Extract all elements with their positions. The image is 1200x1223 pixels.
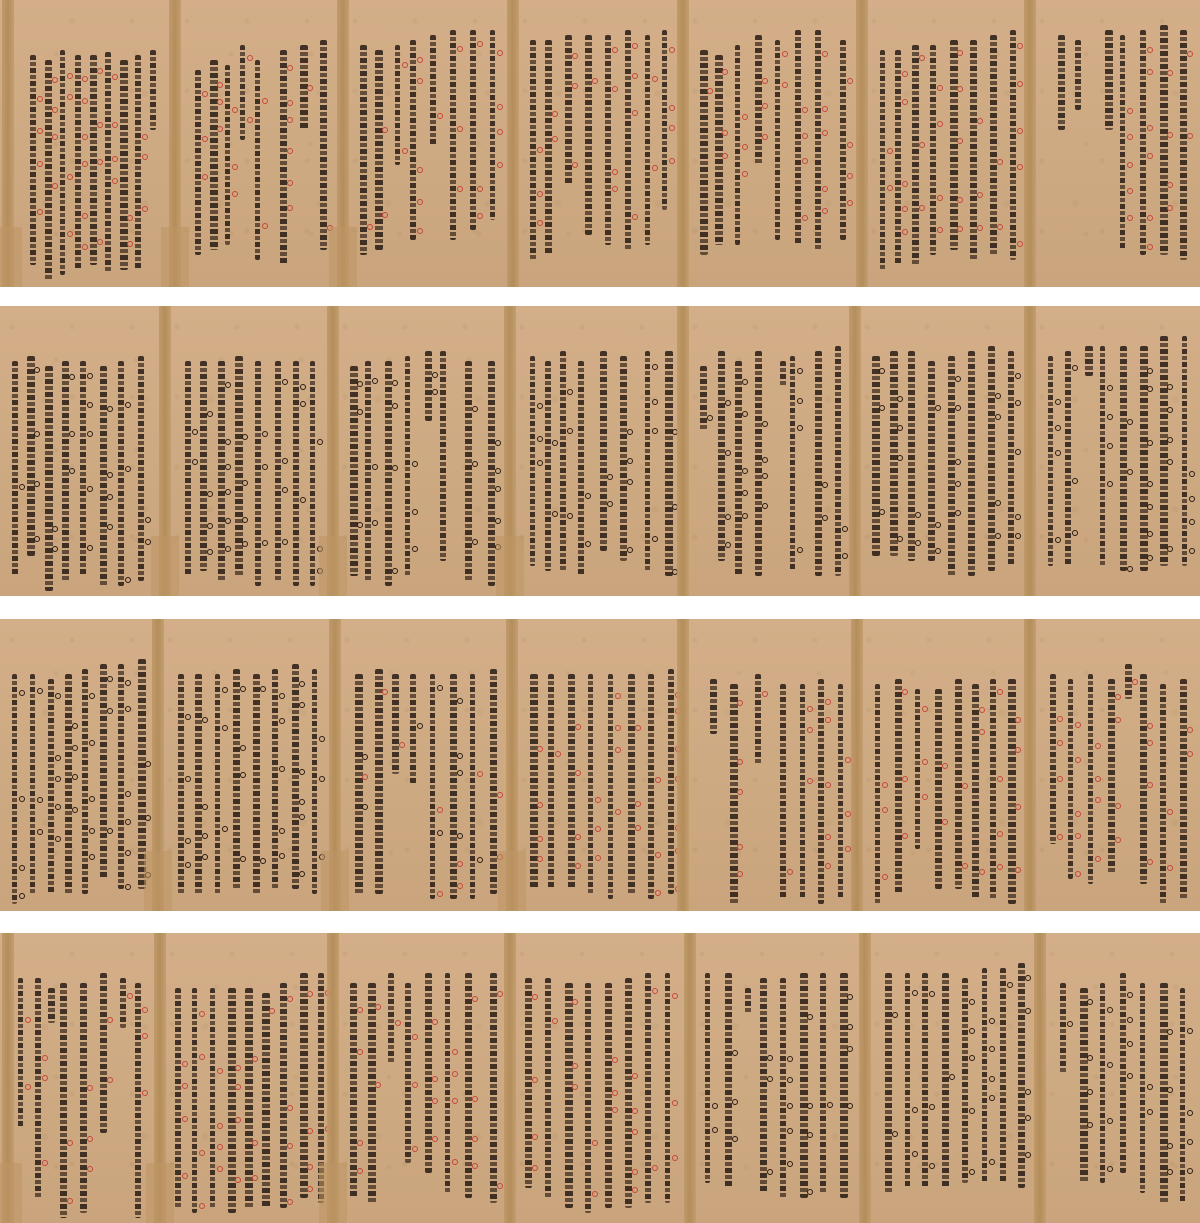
ink-circle-annotation: [87, 402, 93, 408]
red-circle-annotation: [737, 759, 743, 765]
calligraphy-column: [490, 30, 495, 220]
calligraphy-column: [233, 669, 240, 889]
calligraphy-column: [1068, 679, 1073, 879]
red-circle-annotation: [762, 103, 768, 109]
ink-circle-annotation: [282, 379, 288, 385]
ink-circle-annotation: [202, 804, 208, 810]
calligraphy-column: [565, 983, 573, 1208]
calligraphy-column: [60, 983, 67, 1218]
calligraphy-column: [548, 674, 554, 889]
ink-circle-annotation: [652, 399, 658, 405]
ink-circle-annotation: [19, 865, 25, 871]
red-circle-annotation: [555, 751, 561, 757]
ink-circle-annotation: [742, 379, 748, 385]
ink-circle-annotation: [87, 431, 93, 437]
ink-circle-annotation: [1107, 385, 1113, 391]
ink-circle-annotation: [1087, 1055, 1093, 1061]
red-circle-annotation: [669, 105, 675, 111]
red-circle-annotation: [232, 164, 238, 170]
red-circle-annotation: [1187, 751, 1193, 757]
calligraphy-column: [1160, 336, 1168, 566]
red-circle-annotation: [307, 1164, 313, 1170]
calligraphy-column: [645, 973, 651, 1203]
red-circle-annotation: [1147, 723, 1153, 729]
red-circle-annotation: [497, 129, 503, 135]
calligraphy-column: [840, 40, 846, 240]
calligraphy-column: [1065, 351, 1071, 566]
ink-circle-annotation: [225, 439, 231, 445]
red-circle-annotation: [1167, 865, 1173, 871]
red-circle-annotation: [1167, 809, 1173, 815]
ink-circle-annotation: [1147, 555, 1153, 561]
red-circle-annotation: [592, 1140, 598, 1146]
calligraphy-column: [388, 973, 394, 1063]
calligraphy-column: [605, 35, 611, 245]
calligraphy-column: [735, 45, 740, 245]
red-circle-annotation: [669, 47, 675, 53]
ink-circle-annotation: [955, 510, 961, 516]
calligraphy-column: [75, 55, 81, 270]
ink-circle-annotation: [107, 828, 113, 834]
red-circle-annotation: [1057, 716, 1063, 722]
red-circle-annotation: [82, 244, 88, 250]
red-circle-annotation: [1095, 743, 1101, 749]
red-circle-annotation: [537, 746, 543, 752]
red-circle-annotation: [887, 185, 893, 191]
calligraphy-column: [875, 684, 880, 904]
calligraphy-column: [1140, 346, 1148, 571]
red-circle-annotation: [432, 1019, 438, 1025]
calligraphy-column: [648, 674, 654, 899]
ink-circle-annotation: [87, 373, 93, 379]
ink-circle-annotation: [260, 686, 266, 692]
red-circle-annotation: [977, 192, 983, 198]
ink-circle-annotation: [242, 541, 248, 547]
red-circle-annotation: [432, 1076, 438, 1082]
calligraphy-column: [1180, 679, 1187, 899]
calligraphy-column: [425, 973, 432, 1173]
calligraphy-column: [280, 983, 287, 1208]
calligraphy-column: [525, 978, 532, 1188]
calligraphy-column: [968, 351, 975, 576]
calligraphy-column: [755, 351, 762, 576]
calligraphy-column: [48, 679, 54, 894]
calligraphy-column: [120, 60, 128, 270]
red-circle-annotation: [235, 1117, 241, 1123]
ink-circle-annotation: [1189, 496, 1195, 502]
ink-circle-annotation: [300, 497, 306, 503]
ink-circle-annotation: [742, 411, 748, 417]
calligraphy-column: [780, 684, 786, 899]
repair-patch: [498, 851, 526, 911]
red-circle-annotation: [217, 1144, 223, 1150]
red-circle-annotation: [52, 134, 58, 140]
red-circle-annotation: [97, 122, 103, 128]
calligraphy-column: [62, 361, 69, 581]
ink-circle-annotation: [262, 540, 268, 546]
ink-circle-annotation: [242, 480, 248, 486]
ink-circle-annotation: [1187, 1139, 1193, 1145]
calligraphy-column: [48, 988, 55, 1023]
red-circle-annotation: [127, 993, 133, 999]
calligraphy-column: [1080, 988, 1088, 1183]
red-circle-annotation: [537, 856, 543, 862]
red-circle-annotation: [1115, 803, 1121, 809]
ink-circle-annotation: [567, 428, 573, 434]
calligraphy-column: [30, 55, 36, 265]
ink-circle-annotation: [202, 833, 208, 839]
red-circle-annotation: [142, 1007, 148, 1013]
red-circle-annotation: [217, 82, 223, 88]
ink-circle-annotation: [1107, 1166, 1113, 1172]
calligraphy-column: [668, 669, 674, 894]
calligraphy-column: [745, 988, 751, 1013]
calligraphy-column: [1060, 983, 1066, 1073]
red-circle-annotation: [942, 819, 948, 825]
red-circle-annotation: [922, 706, 928, 712]
ink-circle-annotation: [69, 468, 75, 474]
ink-circle-annotation: [652, 364, 658, 370]
ink-circle-annotation: [1189, 519, 1195, 525]
ink-circle-annotation: [995, 533, 1001, 539]
ink-circle-annotation: [372, 378, 378, 384]
ink-circle-annotation: [457, 833, 463, 839]
ink-circle-annotation: [787, 1056, 793, 1062]
repair-patch: [321, 851, 349, 911]
calligraphy-column: [1100, 346, 1105, 566]
calligraphy-column: [908, 351, 915, 561]
red-circle-annotation: [375, 1082, 381, 1088]
calligraphy-column: [192, 988, 197, 1213]
calligraphy-column: [948, 356, 955, 576]
red-circle-annotation: [762, 691, 768, 697]
calligraphy-column: [1000, 968, 1006, 1183]
ink-circle-annotation: [412, 461, 418, 467]
calligraphy-column: [990, 679, 996, 899]
ink-circle-annotation: [995, 414, 1001, 420]
ink-circle-annotation: [915, 512, 921, 518]
repair-patch: [496, 536, 524, 596]
ink-circle-annotation: [437, 830, 443, 836]
calligraphy-column: [1008, 351, 1014, 566]
red-circle-annotation: [807, 706, 813, 712]
red-circle-annotation: [472, 1096, 478, 1102]
ink-circle-annotation: [732, 1099, 738, 1105]
calligraphy-column: [262, 993, 270, 1208]
ink-circle-annotation: [787, 1103, 793, 1109]
repair-patch: [151, 536, 179, 596]
ink-circle-annotation: [707, 415, 713, 421]
red-circle-annotation: [142, 154, 148, 160]
ink-circle-annotation: [1015, 449, 1021, 455]
calligraphy-column: [725, 973, 732, 1188]
calligraphy-column: [312, 669, 317, 894]
ink-circle-annotation: [1107, 443, 1113, 449]
ink-circle-annotation: [969, 1169, 975, 1175]
red-circle-annotation: [142, 1033, 148, 1039]
red-circle-annotation: [1127, 108, 1133, 114]
manuscript-strip-3: [0, 619, 1200, 911]
ink-circle-annotation: [282, 487, 288, 493]
red-circle-annotation: [919, 55, 925, 61]
ink-circle-annotation: [762, 503, 768, 509]
red-circle-annotation: [497, 104, 503, 110]
red-circle-annotation: [957, 226, 963, 232]
calligraphy-column: [735, 361, 742, 576]
red-circle-annotation: [962, 783, 968, 789]
calligraphy-column: [600, 351, 607, 551]
calligraphy-column: [895, 50, 901, 265]
red-circle-annotation: [452, 1071, 458, 1077]
red-circle-annotation: [395, 1020, 401, 1026]
manuscript-page: [855, 306, 1030, 596]
calligraphy-column: [100, 366, 107, 586]
calligraphy-column: [625, 978, 632, 1208]
calligraphy-column: [30, 674, 35, 894]
red-circle-annotation: [232, 107, 238, 113]
calligraphy-column: [815, 30, 821, 250]
ink-circle-annotation: [1072, 478, 1078, 484]
repair-patch: [319, 536, 347, 596]
red-circle-annotation: [655, 890, 661, 896]
calligraphy-column: [60, 50, 65, 275]
ink-circle-annotation: [935, 548, 941, 554]
red-circle-annotation: [762, 78, 768, 84]
manuscript-page: [333, 933, 510, 1223]
calligraphy-column: [915, 689, 920, 849]
calligraphy-column: [200, 361, 207, 571]
ink-circle-annotation: [537, 436, 543, 442]
red-circle-annotation: [1017, 164, 1023, 170]
ink-circle-annotation: [1015, 533, 1021, 539]
ink-circle-annotation: [955, 459, 961, 465]
calligraphy-column: [530, 356, 535, 566]
ink-circle-annotation: [279, 693, 285, 699]
red-circle-annotation: [592, 1191, 598, 1197]
ink-circle-annotation: [1147, 1109, 1153, 1115]
calligraphy-column: [12, 674, 17, 904]
calligraphy-column: [718, 351, 725, 561]
ink-circle-annotation: [842, 553, 848, 559]
ink-circle-annotation: [52, 546, 58, 552]
calligraphy-column: [560, 351, 566, 571]
red-circle-annotation: [357, 1140, 363, 1146]
red-circle-annotation: [307, 85, 313, 91]
ink-circle-annotation: [225, 464, 231, 470]
calligraphy-column: [928, 361, 935, 561]
page-seam: [677, 306, 689, 596]
red-circle-annotation: [1015, 867, 1021, 873]
ink-circle-annotation: [357, 381, 363, 387]
calligraphy-column: [255, 361, 261, 586]
ink-circle-annotation: [1167, 546, 1173, 552]
calligraphy-column: [82, 669, 88, 894]
red-circle-annotation: [472, 1136, 478, 1142]
calligraphy-column: [150, 50, 156, 130]
ink-circle-annotation: [1015, 514, 1021, 520]
calligraphy-column: [1160, 25, 1168, 255]
calligraphy-column: [942, 973, 949, 1188]
red-circle-annotation: [202, 174, 208, 180]
ink-circle-annotation: [929, 1104, 935, 1110]
calligraphy-column: [795, 30, 801, 245]
calligraphy-column: [905, 973, 910, 1188]
calligraphy-column: [118, 664, 124, 889]
red-circle-annotation: [287, 65, 293, 71]
ink-circle-annotation: [299, 799, 305, 805]
ink-circle-annotation: [1167, 1169, 1173, 1175]
red-circle-annotation: [652, 1165, 658, 1171]
red-circle-annotation: [532, 1165, 538, 1171]
red-circle-annotation: [452, 1049, 458, 1055]
page-seam: [851, 619, 863, 911]
calligraphy-column: [930, 45, 936, 255]
ink-circle-annotation: [69, 374, 75, 380]
calligraphy-column: [410, 674, 416, 784]
ink-circle-annotation: [1107, 1118, 1113, 1124]
red-circle-annotation: [612, 86, 618, 92]
calligraphy-column: [395, 45, 400, 165]
manuscript-page: [513, 0, 683, 287]
ink-circle-annotation: [767, 1169, 773, 1175]
calligraphy-column: [838, 684, 843, 899]
ink-circle-annotation: [842, 526, 848, 532]
red-circle-annotation: [182, 1083, 188, 1089]
ink-circle-annotation: [1167, 1029, 1173, 1035]
calligraphy-column: [1120, 973, 1126, 1173]
ink-circle-annotation: [1087, 999, 1093, 1005]
calligraphy-column: [565, 35, 572, 185]
ink-circle-annotation: [55, 693, 61, 699]
red-circle-annotation: [1075, 833, 1081, 839]
ink-circle-annotation: [1127, 992, 1133, 998]
page-seam: [1034, 933, 1046, 1223]
manuscript-page: [510, 306, 683, 596]
red-circle-annotation: [412, 1146, 418, 1152]
calligraphy-column: [1140, 674, 1147, 884]
ink-circle-annotation: [1087, 1089, 1093, 1095]
ink-circle-annotation: [225, 518, 231, 524]
red-circle-annotation: [737, 844, 743, 850]
red-circle-annotation: [997, 864, 1003, 870]
calligraphy-column: [780, 361, 786, 386]
calligraphy-column: [665, 973, 670, 1203]
red-circle-annotation: [1017, 81, 1023, 87]
red-circle-annotation: [707, 88, 713, 94]
ink-circle-annotation: [879, 368, 885, 374]
red-circle-annotation: [412, 1082, 418, 1088]
page-seam: [677, 0, 689, 287]
ink-circle-annotation: [822, 515, 828, 521]
calligraphy-column: [465, 361, 472, 581]
ink-circle-annotation: [145, 517, 151, 523]
calligraphy-column: [1108, 679, 1115, 874]
calligraphy-column: [392, 674, 399, 774]
red-circle-annotation: [957, 86, 963, 92]
red-circle-annotation: [97, 159, 103, 165]
ink-circle-annotation: [1055, 537, 1061, 543]
ink-circle-annotation: [89, 693, 95, 699]
calligraphy-column: [410, 40, 416, 240]
red-circle-annotation: [82, 134, 88, 140]
red-circle-annotation: [362, 774, 368, 780]
calligraphy-column: [275, 361, 281, 581]
calligraphy-column: [45, 60, 52, 280]
red-circle-annotation: [247, 117, 253, 123]
calligraphy-column: [895, 679, 902, 894]
page-seam: [684, 933, 696, 1223]
ink-circle-annotation: [732, 1050, 738, 1056]
red-circle-annotation: [802, 107, 808, 113]
red-circle-annotation: [822, 208, 828, 214]
ink-circle-annotation: [762, 457, 768, 463]
ink-circle-annotation: [55, 836, 61, 842]
ink-circle-annotation: [955, 376, 961, 382]
ink-circle-annotation: [19, 690, 25, 696]
red-circle-annotation: [655, 852, 661, 858]
ink-circle-annotation: [55, 804, 61, 810]
calligraphy-column: [760, 978, 767, 1193]
red-circle-annotation: [112, 178, 118, 184]
calligraphy-column: [445, 973, 450, 1193]
calligraphy-column: [470, 674, 475, 899]
calligraphy-column: [628, 674, 635, 894]
calligraphy-column: [430, 674, 435, 899]
red-circle-annotation: [247, 55, 253, 61]
ink-circle-annotation: [879, 405, 885, 411]
calligraphy-column: [470, 30, 476, 230]
red-circle-annotation: [1167, 132, 1173, 138]
calligraphy-column: [430, 35, 436, 145]
calligraphy-column: [780, 978, 786, 1198]
ink-circle-annotation: [892, 1131, 898, 1137]
red-circle-annotation: [902, 181, 908, 187]
calligraphy-column: [195, 70, 201, 255]
red-circle-annotation: [847, 142, 853, 148]
calligraphy-column: [210, 988, 215, 1208]
red-circle-annotation: [612, 47, 618, 53]
ink-circle-annotation: [797, 368, 803, 374]
ink-circle-annotation: [1015, 400, 1021, 406]
calligraphy-column: [625, 30, 631, 250]
calligraphy-column: [12, 361, 18, 576]
calligraphy-column: [1180, 30, 1187, 260]
calligraphy-column: [1075, 40, 1081, 110]
red-circle-annotation: [635, 801, 641, 807]
manuscript-strip-1: [0, 0, 1200, 287]
red-circle-annotation: [532, 1077, 538, 1083]
calligraphy-column: [375, 50, 383, 250]
calligraphy-column: [310, 361, 315, 586]
red-circle-annotation: [572, 1063, 578, 1069]
manuscript-strip-4: [0, 933, 1200, 1223]
calligraphy-column: [1058, 35, 1065, 130]
ink-circle-annotation: [585, 541, 591, 547]
red-circle-annotation: [825, 782, 831, 788]
red-circle-annotation: [572, 83, 578, 89]
ink-circle-annotation: [1055, 425, 1061, 431]
page-seam: [859, 933, 871, 1223]
red-circle-annotation: [632, 110, 638, 116]
calligraphy-column: [955, 679, 962, 889]
ink-circle-annotation: [279, 828, 285, 834]
page-seam: [849, 306, 861, 596]
red-circle-annotation: [722, 130, 728, 136]
repair-patch: [146, 1163, 174, 1223]
calligraphy-column: [662, 30, 667, 210]
manuscript-page: [1030, 0, 1200, 287]
red-circle-annotation: [825, 834, 831, 840]
